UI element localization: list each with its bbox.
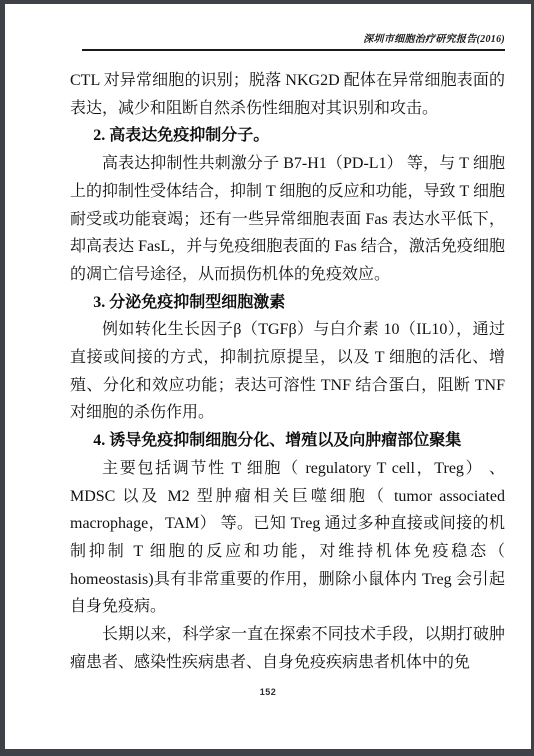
- page-header: 深圳市细胞治疗研究报告(2016): [5, 34, 505, 46]
- section-heading-3: 3. 分泌免疫抑制型细胞激素: [70, 289, 505, 317]
- header-rule: [82, 49, 505, 51]
- document-body: CTL 对异常细胞的识别；脱落 NKG2D 配体在异常细胞表面的表达，减少和阻断…: [70, 67, 505, 676]
- section-heading-4: 4. 诱导免疫抑制细胞分化、增殖以及向肿瘤部位聚集: [70, 427, 505, 455]
- paragraph-continued: CTL 对异常细胞的识别；脱落 NKG2D 配体在异常细胞表面的表达，减少和阻断…: [70, 67, 505, 122]
- paragraph-section-4: 主要包括调节性 T 细胞（ regulatory T cell，Treg） 、M…: [70, 455, 505, 621]
- paragraph-section-3: 例如转化生长因子β（TGFβ）与白介素 10（IL10），通过直接或间接的方式，…: [70, 316, 505, 427]
- section-heading-2: 2. 高表达免疫抑制分子。: [70, 122, 505, 150]
- document-page: 深圳市细胞治疗研究报告(2016) CTL 对异常细胞的识别；脱落 NKG2D …: [0, 0, 534, 756]
- paragraph-closing: 长期以来，科学家一直在探索不同技术手段，以期打破肿瘤患者、感染性疾病患者、自身免…: [70, 621, 505, 676]
- page-number: 152: [5, 687, 531, 697]
- paragraph-section-2: 高表达抑制性共刺激分子 B7-H1（PD-L1） 等，与 T 细胞上的抑制性受体…: [70, 150, 505, 289]
- header-title: 深圳市细胞治疗研究报告(2016): [363, 34, 505, 45]
